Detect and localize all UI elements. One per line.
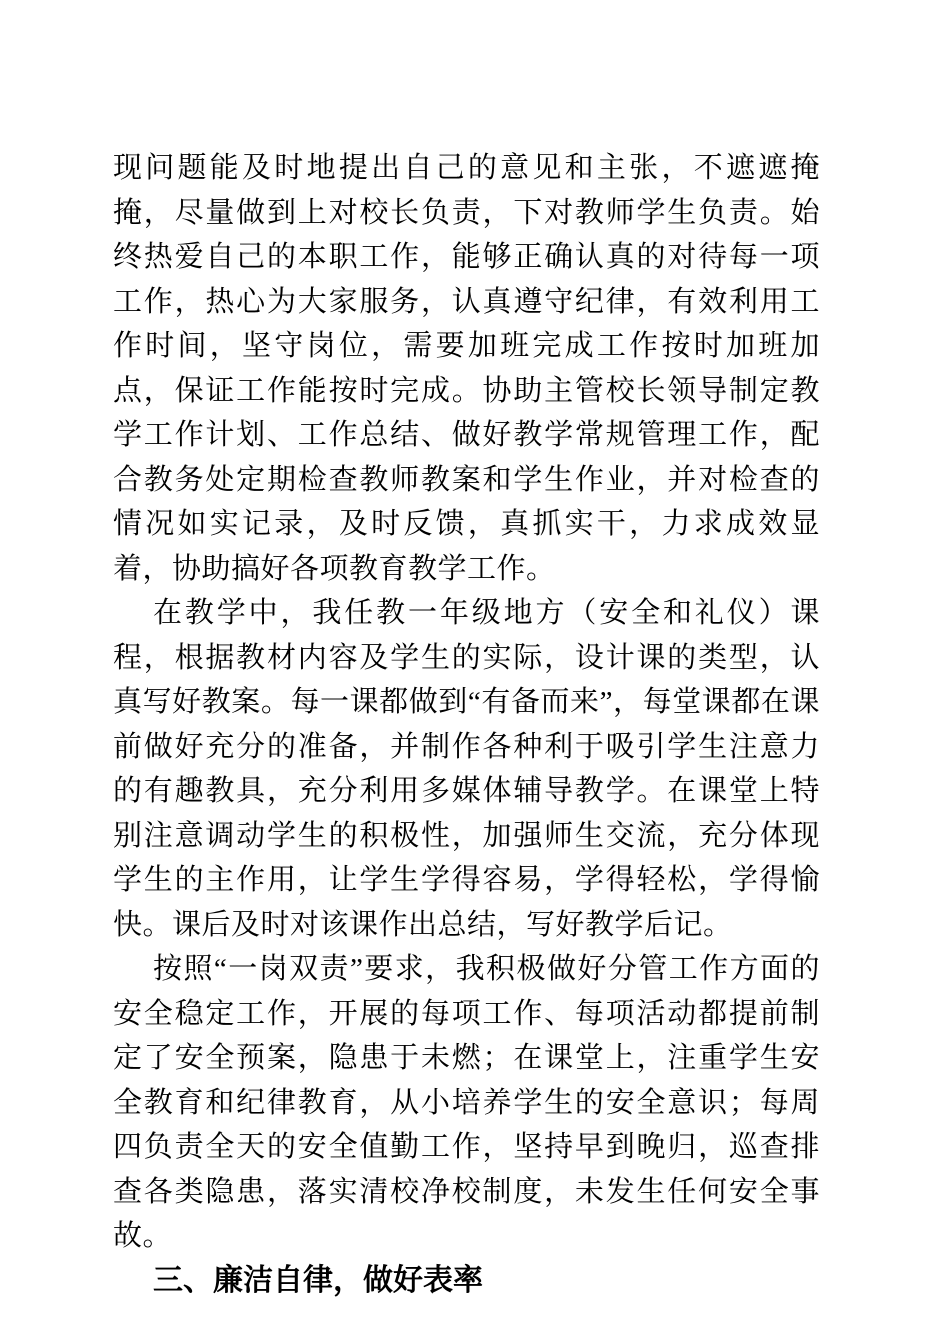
body-paragraph-continuation: 现问题能及时地提出自己的意见和主张，不遮遮掩掩，尽量做到上对校长负责，下对教师学… [113,146,820,591]
document-page: 现问题能及时地提出自己的意见和主张，不遮遮掩掩，尽量做到上对校长负责，下对教师学… [0,0,950,1344]
body-paragraph-teaching: 在教学中，我任教一年级地方（安全和礼仪）课程，根据教材内容及学生的实际，设计课的… [113,591,820,947]
section-heading: 三、廉洁自律，做好表率 [113,1259,820,1304]
body-paragraph-safety: 按照“一岗双责”要求，我积极做好分管工作方面的安全稳定工作，开展的每项工作、每项… [113,947,820,1259]
